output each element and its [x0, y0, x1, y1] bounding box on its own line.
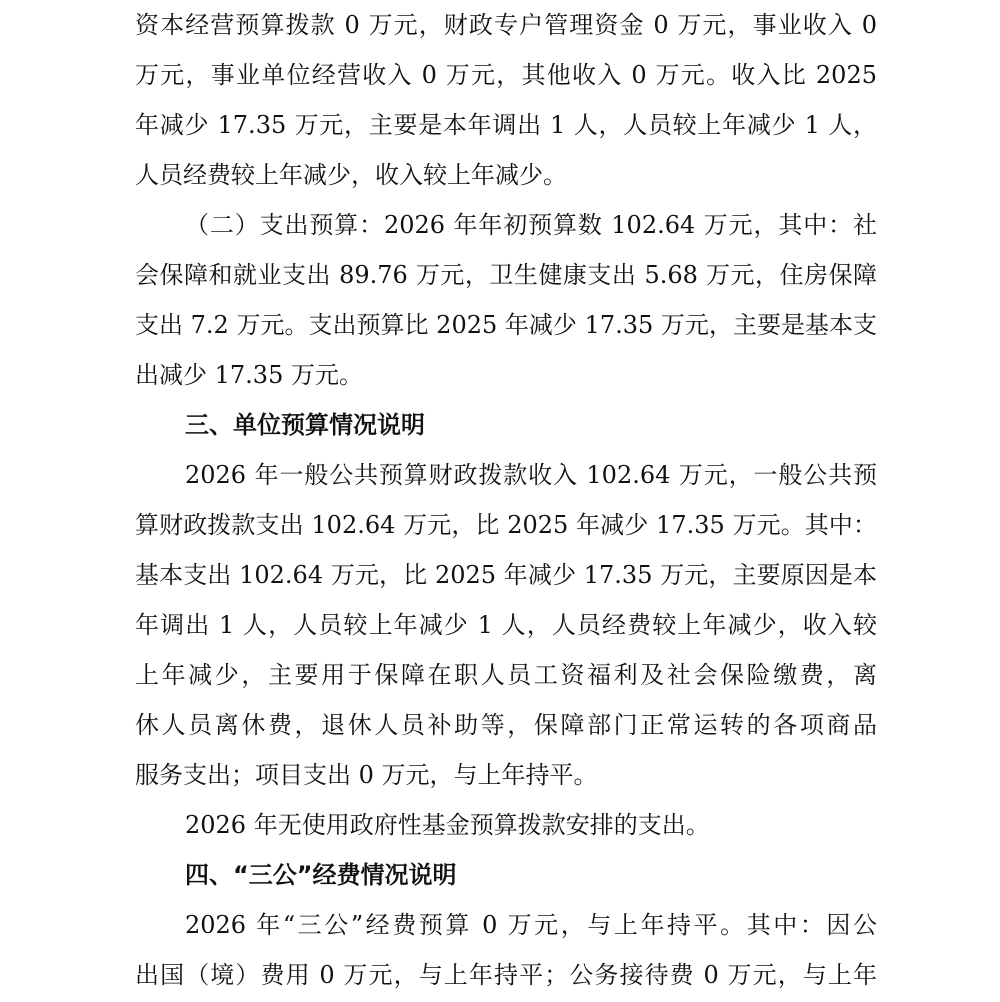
paragraph-line: 基本支出 102.64 万元，比 2025 年减少 17.35 万元，主要原因是… [135, 550, 877, 600]
paragraph-line: 人员经费较上年减少，收入较上年减少。 [135, 150, 877, 200]
paragraph-line-gov-fund: 2026 年无使用政府性基金预算拨款安排的支出。 [185, 800, 877, 850]
section-heading-unit-budget: 三、单位预算情况说明 [185, 400, 877, 450]
paragraph-line: 出减少 17.35 万元。 [135, 350, 877, 400]
section-heading-three-public-expenses: 四、“三公”经费情况说明 [185, 850, 877, 900]
paragraph-line: 2026 年“三公”经费预算 0 万元，与上年持平。其中：因公 [185, 900, 877, 950]
paragraph-line: 出国（境）费用 0 万元，与上年持平；公务接待费 0 万元，与上年 [135, 950, 877, 1000]
paragraph-line: 年调出 1 人，人员较上年减少 1 人，人员经费较上年减少，收入较 [135, 600, 877, 650]
paragraph-line-expenditure-budget: （二）支出预算：2026 年年初预算数 102.64 万元，其中：社 [185, 200, 877, 250]
paragraph-line: 服务支出；项目支出 0 万元，与上年持平。 [135, 750, 877, 800]
paragraph-line: 支出 7.2 万元。支出预算比 2025 年减少 17.35 万元，主要是基本支 [135, 300, 877, 350]
paragraph-line: 上年减少，主要用于保障在职人员工资福利及社会保险缴费，离 [135, 650, 877, 700]
paragraph-line: 2026 年一般公共预算财政拨款收入 102.64 万元，一般公共预 [185, 450, 877, 500]
paragraph-line: 万元，事业单位经营收入 0 万元，其他收入 0 万元。收入比 2025 [135, 50, 877, 100]
paragraph-line: 会保障和就业支出 89.76 万元，卫生健康支出 5.68 万元，住房保障 [135, 250, 877, 300]
paragraph-line: 休人员离休费，退休人员补助等，保障部门正常运转的各项商品 [135, 700, 877, 750]
paragraph-line: 算财政拨款支出 102.64 万元，比 2025 年减少 17.35 万元。其中… [135, 500, 877, 550]
paragraph-line: 资本经营预算拨款 0 万元，财政专户管理资金 0 万元，事业收入 0 [135, 0, 877, 50]
paragraph-line: 年减少 17.35 万元，主要是本年调出 1 人，人员较上年减少 1 人， [135, 100, 877, 150]
